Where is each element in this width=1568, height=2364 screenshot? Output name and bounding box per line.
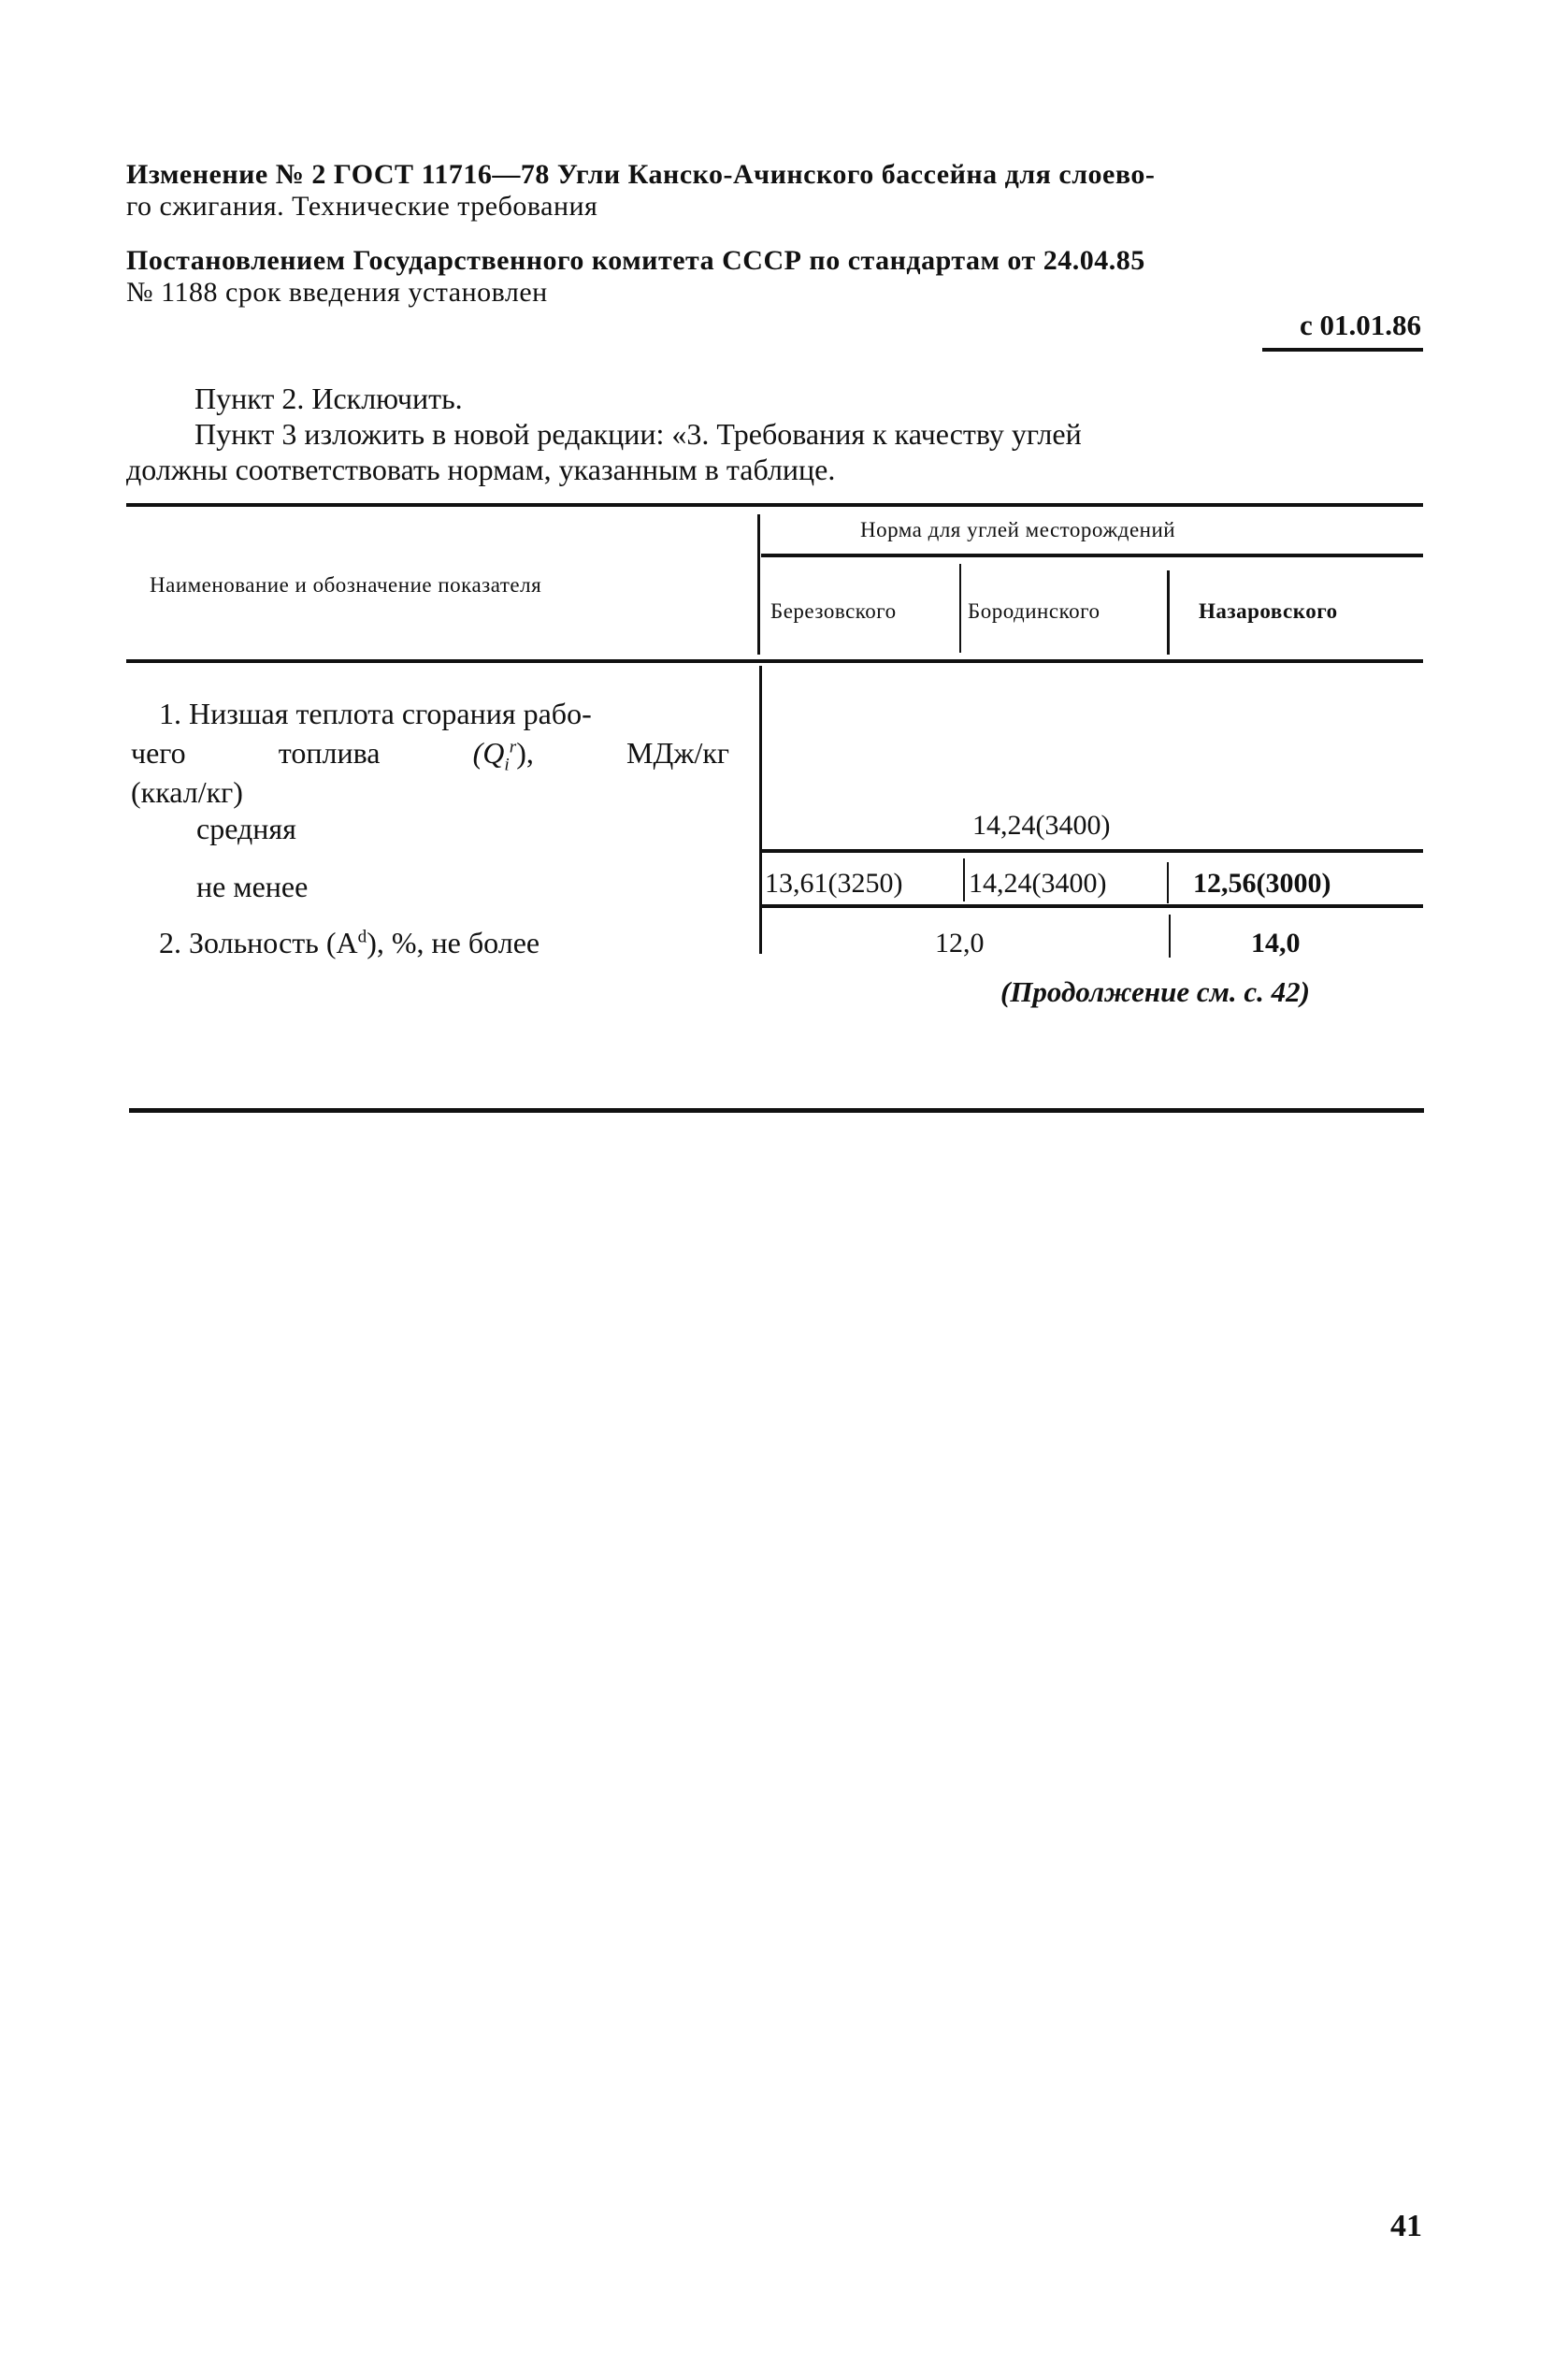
symbol-subscript: i [504,755,509,774]
row-min-rule [761,904,1423,908]
row2-divider [1169,915,1171,958]
row1-label-line1: 1. Низшая теплота сгорания рабо- [159,697,592,731]
header-divider [757,514,760,655]
row1-label-word-toplivo: топлива [279,736,381,775]
row-average-value: 14,24(3400) [972,810,1110,842]
row1-label-symbol: (Qir), [473,736,534,775]
column-header-borodinsky: Бородинского [968,599,1100,624]
row1-label-unit: МДж/кг [626,736,729,775]
row1-label-word-chego: чего [131,736,186,775]
row-min-label: не менее [196,870,308,904]
row2-label: 2. Зольность (Ad), %, не более [159,926,539,960]
row-min-value-borodinsky: 14,24(3400) [969,868,1106,900]
column-header-indicator: Наименование и обозначение показателя [150,573,541,598]
section-bottom-rule [129,1108,1424,1113]
row-average-label: средняя [196,812,296,846]
column-header-nazarovsky: Назаровского [1199,599,1338,624]
column-divider-1 [959,564,961,653]
row-min-value-nazarovsky: 12,56(3000) [1193,868,1331,900]
body-divider [759,666,762,954]
row2-label-suffix: ), %, не более [367,926,539,959]
row-min-value-berezovsky: 13,61(3250) [765,868,902,900]
row2-label-superscript: d [358,927,367,946]
column-group-header: Норма для углей месторождений [860,518,1175,542]
continuation-note: (Продолжение см. с. 42) [1000,975,1310,1009]
row-min-divider-1 [963,858,965,901]
row2-value-berezovsky-borodinsky: 12,0 [935,928,985,959]
table-header-bottom-rule [126,659,1423,663]
row-min-divider-2 [1167,862,1169,903]
table-top-rule [126,503,1423,507]
norms-table: Наименование и обозначение показателя Но… [0,0,1568,1122]
row1-label-line2: чего топлива (Qir), МДж/кг [131,736,729,775]
row-average-rule [761,849,1423,853]
row1-label-line3: (ккал/кг) [131,775,243,810]
group-header-rule [761,554,1423,557]
row2-label-prefix: 2. Зольность (A [159,926,358,959]
symbol-close: ), [516,736,534,770]
page-number: 41 [1390,2209,1422,2244]
row2-value-nazarovsky: 14,0 [1251,928,1301,959]
column-divider-2 [1167,570,1170,655]
symbol-q: (Q [473,736,505,770]
column-header-berezovsky: Березовского [770,599,897,624]
